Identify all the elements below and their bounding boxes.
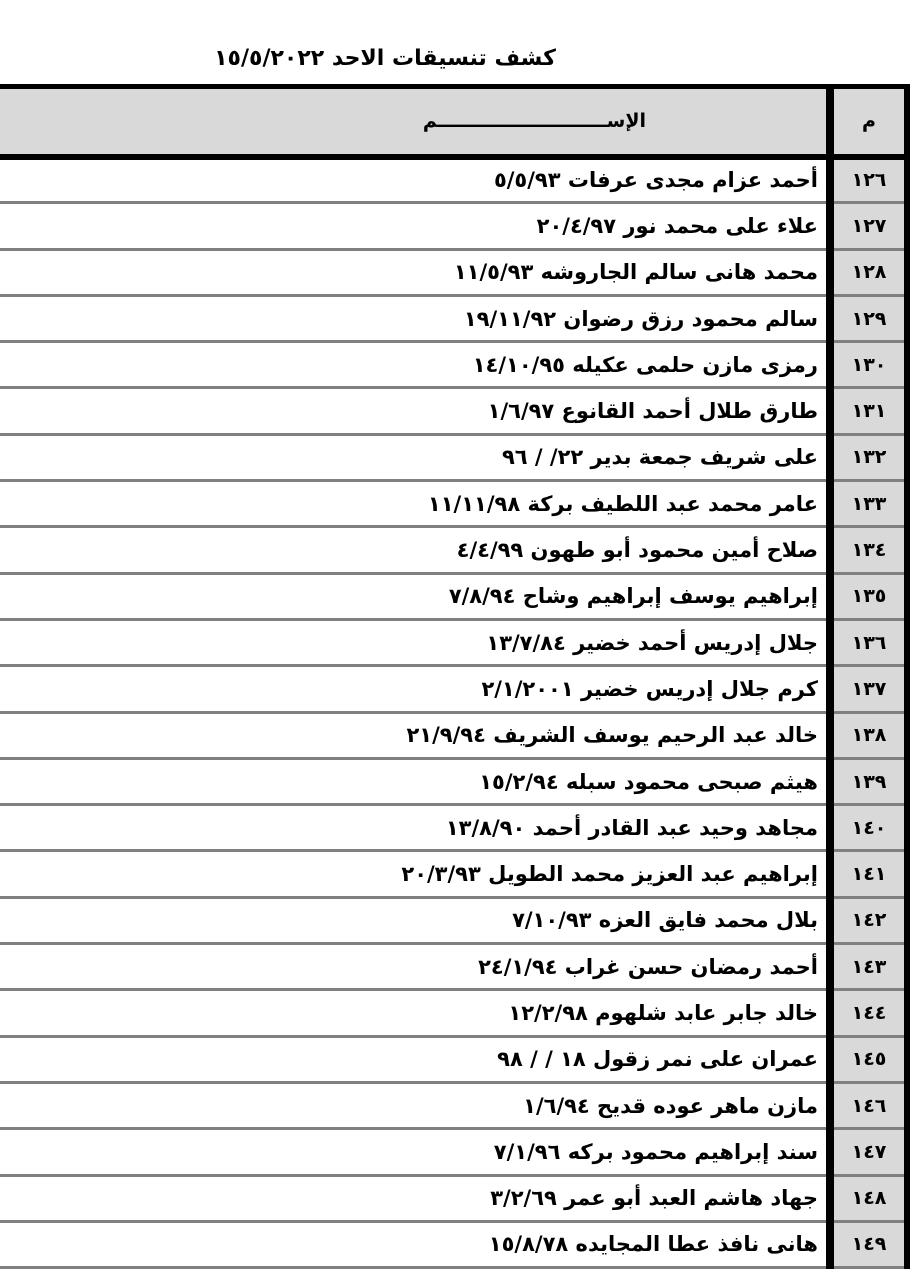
header-row: م الإســــــــــــــــــــــــــم ملاحظا…	[0, 87, 907, 157]
row-number: ١٢٦	[830, 157, 907, 203]
table-row: ١٣٥إبراهيم يوسف إبراهيم وشاح ٧/٨/٩٤	[0, 573, 907, 619]
names-table: م الإســــــــــــــــــــــــــم ملاحظا…	[0, 84, 910, 1269]
row-name: عمران على نمر زقول ١٨ / / ٩٨	[0, 1036, 830, 1082]
table-row: ١٢٧علاء على محمد نور ٢٠/٤/٩٧	[0, 203, 907, 249]
table-row: ١٤٢بلال محمد فايق العزه ٧/١٠/٩٣	[0, 897, 907, 943]
row-number: ١٤٢	[830, 897, 907, 943]
row-number: ١٤١	[830, 851, 907, 897]
table-row: ١٣٩هيثم صبحى محمود سبله ١٥/٢/٩٤	[0, 758, 907, 804]
row-number: ١٣١	[830, 388, 907, 434]
row-number: ١٤٨	[830, 1175, 907, 1221]
row-name: هانى نافذ عطا المجايده ١٥/٨/٧٨	[0, 1221, 830, 1267]
table-row: ١٤١إبراهيم عبد العزيز محمد الطويل ٢٠/٣/٩…	[0, 851, 907, 897]
row-name: خالد عبد الرحيم يوسف الشريف ٢١/٩/٩٤	[0, 712, 830, 758]
table-row: ١٤٠مجاهد وحيد عبد القادر أحمد ١٣/٨/٩٠	[0, 805, 907, 851]
row-number: ١٣٤	[830, 527, 907, 573]
row-name: أحمد عزام مجدى عرفات ٥/٥/٩٣	[0, 157, 830, 203]
row-name: إبراهيم يوسف إبراهيم وشاح ٧/٨/٩٤	[0, 573, 830, 619]
row-number: ١٤٠	[830, 805, 907, 851]
table-row: ١٣١طارق طلال أحمد القانوع ١/٦/٩٧	[0, 388, 907, 434]
table-row: ١٤٩هانى نافذ عطا المجايده ١٥/٨/٧٨	[0, 1221, 907, 1267]
header-name: الإســــــــــــــــــــــــــم	[0, 87, 830, 157]
row-name: صلاح أمين محمود أبو طهون ٤/٤/٩٩	[0, 527, 830, 573]
row-number: ١٣٥	[830, 573, 907, 619]
table-row: ١٤٧سند إبراهيم محمود بركه ٧/١/٩٦	[0, 1129, 907, 1175]
row-number: ١٣٢	[830, 434, 907, 480]
row-name: علاء على محمد نور ٢٠/٤/٩٧	[0, 203, 830, 249]
row-number: ١٤٦	[830, 1082, 907, 1128]
row-number: ١٤٤	[830, 990, 907, 1036]
table-row: ١٣٤صلاح أمين محمود أبو طهون ٤/٤/٩٩	[0, 527, 907, 573]
table-row: ١٣٨خالد عبد الرحيم يوسف الشريف ٢١/٩/٩٤	[0, 712, 907, 758]
row-number: ١٣٩	[830, 758, 907, 804]
row-number: ١٢٧	[830, 203, 907, 249]
row-name: بلال محمد فايق العزه ٧/١٠/٩٣	[0, 897, 830, 943]
table-row: ١٢٩سالم محمود رزق رضوان ١٩/١١/٩٢	[0, 295, 907, 341]
table-row: ١٣٦جلال إدريس أحمد خضير ١٣/٧/٨٤	[0, 619, 907, 665]
row-name: إبراهيم عبد العزيز محمد الطويل ٢٠/٣/٩٣	[0, 851, 830, 897]
row-name: رمزى مازن حلمى عكيله ١٤/١٠/٩٥	[0, 342, 830, 388]
row-name: سند إبراهيم محمود بركه ٧/١/٩٦	[0, 1129, 830, 1175]
coordination-sheet: م الإســــــــــــــــــــــــــم ملاحظا…	[0, 84, 910, 1269]
row-name: هيثم صبحى محمود سبله ١٥/٢/٩٤	[0, 758, 830, 804]
row-name: عامر محمد عبد اللطيف بركة ١١/١١/٩٨	[0, 481, 830, 527]
row-number: ١٣٧	[830, 666, 907, 712]
row-number: ١٤٧	[830, 1129, 907, 1175]
table-row: ١٣٧كرم جلال إدريس خضير ٢/١/٢٠٠١	[0, 666, 907, 712]
table-row: ١٤٤خالد جابر عابد شلهوم ١٢/٢/٩٨	[0, 990, 907, 1036]
row-name: سالم محمود رزق رضوان ١٩/١١/٩٢	[0, 295, 830, 341]
row-name: جهاد هاشم العبد أبو عمر ٣/٢/٦٩	[0, 1175, 830, 1221]
row-number: ١٤٣	[830, 944, 907, 990]
table-row: ١٢٨محمد هانى سالم الجاروشه ١١/٥/٩٣	[0, 249, 907, 295]
table-row: ١٣٠رمزى مازن حلمى عكيله ١٤/١٠/٩٥	[0, 342, 907, 388]
row-name: جلال إدريس أحمد خضير ١٣/٧/٨٤	[0, 619, 830, 665]
table-row: ١٤٥عمران على نمر زقول ١٨ / / ٩٨	[0, 1036, 907, 1082]
document-title: كشف تنسيقات الاحد ١٥/٥/٢٠٢٢	[150, 42, 620, 76]
table-row: ١٤٣أحمد رمضان حسن غراب ٢٤/١/٩٤	[0, 944, 907, 990]
row-number: ١٤٥	[830, 1036, 907, 1082]
row-number: ١٣٣	[830, 481, 907, 527]
row-number: ١٤٩	[830, 1221, 907, 1267]
table-row: ١٢٦أحمد عزام مجدى عرفات ٥/٥/٩٣	[0, 157, 907, 203]
table-row: ١٤٨جهاد هاشم العبد أبو عمر ٣/٢/٦٩	[0, 1175, 907, 1221]
row-number: ١٣٠	[830, 342, 907, 388]
table-row: ١٤٦مازن ماهر عوده قديح ١/٦/٩٤	[0, 1082, 907, 1128]
table-row: ١٣٣عامر محمد عبد اللطيف بركة ١١/١١/٩٨	[0, 481, 907, 527]
row-name: خالد جابر عابد شلهوم ١٢/٢/٩٨	[0, 990, 830, 1036]
row-number: ١٣٨	[830, 712, 907, 758]
row-name: مجاهد وحيد عبد القادر أحمد ١٣/٨/٩٠	[0, 805, 830, 851]
row-name: طارق طلال أحمد القانوع ١/٦/٩٧	[0, 388, 830, 434]
table-row: ١٣٢على شريف جمعة بدير ٢٢/ / ٩٦	[0, 434, 907, 480]
row-name: أحمد رمضان حسن غراب ٢٤/١/٩٤	[0, 944, 830, 990]
row-number: ١٣٦	[830, 619, 907, 665]
row-name: كرم جلال إدريس خضير ٢/١/٢٠٠١	[0, 666, 830, 712]
row-number: ١٢٨	[830, 249, 907, 295]
row-name: مازن ماهر عوده قديح ١/٦/٩٤	[0, 1082, 830, 1128]
header-number: م	[830, 87, 907, 157]
row-name: على شريف جمعة بدير ٢٢/ / ٩٦	[0, 434, 830, 480]
table-body: ١٢٦أحمد عزام مجدى عرفات ٥/٥/٩٣١٢٧علاء عل…	[0, 157, 907, 1268]
row-number: ١٢٩	[830, 295, 907, 341]
row-name: محمد هانى سالم الجاروشه ١١/٥/٩٣	[0, 249, 830, 295]
